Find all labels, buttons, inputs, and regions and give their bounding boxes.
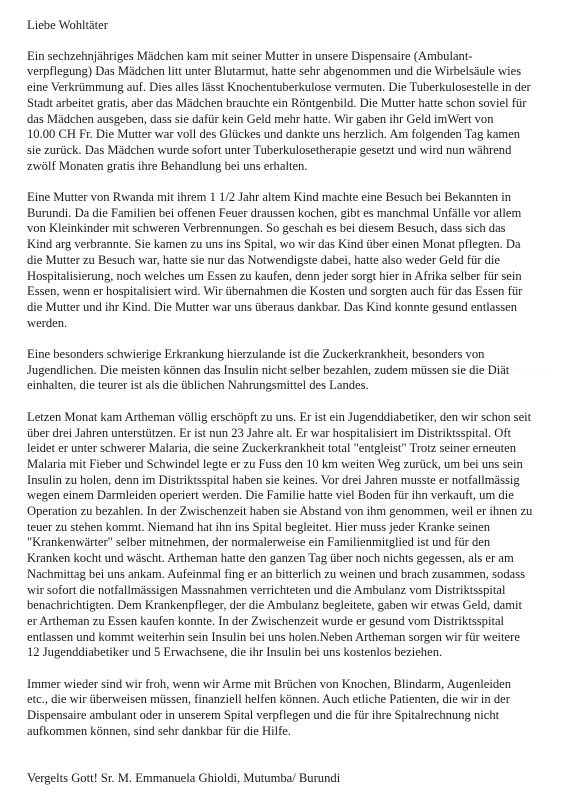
text-line: über drei Jahren unterstützen. Er ist nu…: [27, 426, 557, 442]
text-line: Eine besonders schwierige Erkrankung hie…: [27, 347, 557, 363]
text-line: entlassen und kommt weiterhin sein Insul…: [27, 630, 557, 646]
text-line: sie zurück. Das Mädchen wurde sofort unt…: [27, 143, 557, 159]
paragraph-financial-help: Immer wieder sind wir froh, wenn wir Arm…: [27, 677, 557, 740]
paragraph-tuberculosis-girl: Ein sechzehnjähriges Mädchen kam mit sei…: [27, 49, 557, 175]
text-line: Jugendlichen. Die meisten können das Ins…: [27, 363, 557, 379]
text-line: Hospitalisierung, noch welches um Essen …: [27, 269, 557, 285]
text-line: einhalten, die teurer ist als die üblich…: [27, 378, 557, 394]
text-line: Burundi. Da die Familien bei offenen Feu…: [27, 206, 557, 222]
text-line: aufkommen können, sind sehr dankbar für …: [27, 724, 557, 740]
paragraph-diabetes: Eine besonders schwierige Erkrankung hie…: [27, 347, 557, 394]
text-line: Malaria mit Fieber und Schwindel legte e…: [27, 457, 557, 473]
text-line: Immer wieder sind wir froh, wenn wir Arm…: [27, 677, 557, 693]
text-line: Letzen Monat kam Artheman völlig erschöp…: [27, 410, 557, 426]
text-line: wir sofort die notfallmässigen Massnahme…: [27, 583, 557, 599]
text-line: Eine Mutter von Rwanda mit ihrem 1 1/2 J…: [27, 190, 557, 206]
text-line: Operation zu bezahlen. In der Zwischenze…: [27, 504, 557, 520]
paragraph-burned-child: Eine Mutter von Rwanda mit ihrem 1 1/2 J…: [27, 190, 557, 331]
letter-page: Liebe Wohltäter Ein sechzehnjähriges Mäd…: [27, 18, 557, 786]
text-line: von Kleinkinder mit schweren Verbrennung…: [27, 221, 557, 237]
text-line: etc., die wir überweisen müssen, finanzi…: [27, 692, 557, 708]
text-line: eine Verkrümmung auf. Dies alles lässt K…: [27, 80, 557, 96]
text-line: werden.: [27, 316, 557, 332]
paragraph-artheman: Letzen Monat kam Artheman völlig erschöp…: [27, 410, 557, 661]
text-line: "Krankenwärter" selber mitnehmen, der no…: [27, 535, 557, 551]
text-line: die Mutter und ihr Kind. Die Mutter war …: [27, 300, 557, 316]
text-line: benachrichtigten. Dem Krankenpfleger, de…: [27, 598, 557, 614]
text-line: er Artheman zu Essen kaufen konnte. In d…: [27, 614, 557, 630]
text-line: verpflegung) Das Mädchen litt unter Blut…: [27, 64, 557, 80]
text-line: Kind arg verbrannte. Sie kamen zu uns in…: [27, 237, 557, 253]
text-line: Essen, wenn er hospitalisiert wird. Wir …: [27, 284, 557, 300]
letter-signature: Vergelts Gott! Sr. M. Emmanuela Ghioldi,…: [27, 771, 557, 787]
text-line: Insulin zu holen, denn im Distriktsspita…: [27, 473, 557, 489]
text-line: 12 Jugenddiabetiker und 5 Erwachsene, di…: [27, 645, 557, 661]
text-line: wegen einem Darmleiden operiert werden. …: [27, 488, 557, 504]
text-line: das Mädchen ausgeben, dass sie dafür kei…: [27, 112, 557, 128]
text-line: zwölf Monaten gratis ihre Behandlung bei…: [27, 159, 557, 175]
text-line: Nachmittag bei uns ankam. Aufeinmal fing…: [27, 567, 557, 583]
text-line: Ein sechzehnjähriges Mädchen kam mit sei…: [27, 49, 557, 65]
text-line: 10.00 CH Fr. Die Mutter war voll des Glü…: [27, 127, 557, 143]
text-line: die Mutter zu Besuch war, hatte sie nur …: [27, 253, 557, 269]
text-line: Stadt arbeitet gratis, aber das Mädchen …: [27, 96, 557, 112]
text-line: Dispensaire ambulant oder in unserem Spi…: [27, 708, 557, 724]
text-line: teuer zu stehen kommt. Niemand hat ihn i…: [27, 520, 557, 536]
text-line: Kranken kocht und wäscht. Artheman hatte…: [27, 551, 557, 567]
letter-greeting: Liebe Wohltäter: [27, 18, 557, 34]
text-line: leidet er unter schwerer Malaria, die se…: [27, 441, 557, 457]
